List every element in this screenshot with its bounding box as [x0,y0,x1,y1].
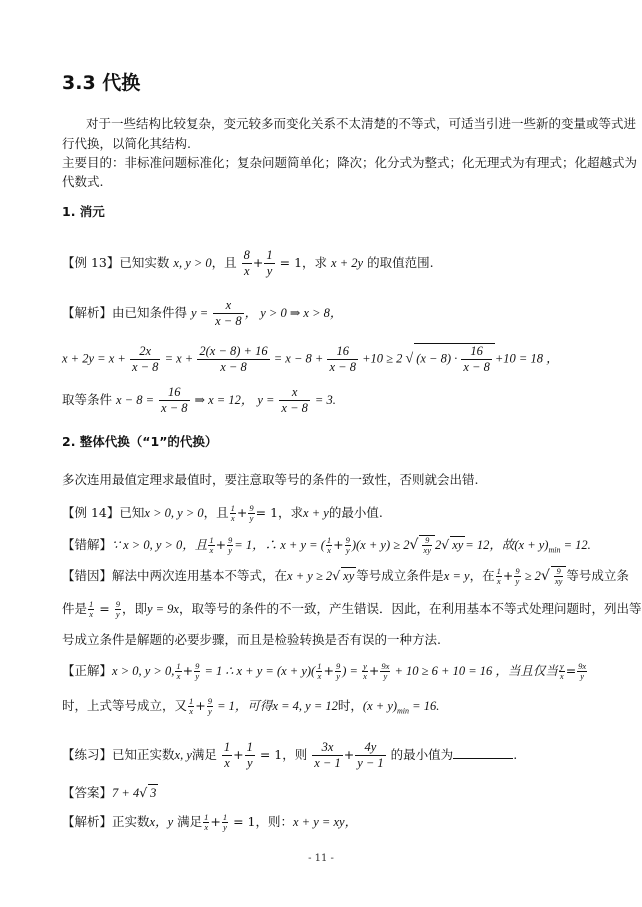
wrong-reason-line-1: 【错因】解法中两次连用基本不等式，在x + y ≥ 2√xy等号成立条件是x =… [62,566,629,586]
math: = 1，则： [229,814,293,829]
text: 时，上式等号成立，又 [62,698,187,713]
math: 2 [435,538,441,552]
fraction: 1x [222,740,232,771]
solution-13-line-1: 【解析】由已知条件得 y = xx − 8， y > 0 ⇒ x > 8， [62,298,342,329]
math: = 3. [315,393,336,407]
square-root: xy [341,567,356,584]
square-root: 9xy [419,535,435,555]
fraction: 1y [245,740,255,771]
math: x + 2y [331,256,363,270]
answer-blank [453,746,513,759]
fraction: 9y [227,536,233,555]
square-root: xy [450,536,465,553]
math: x，y [150,815,174,829]
math: x = y [444,569,470,583]
subscript: min [397,707,409,716]
wrong-solution-label: 【错解】 [62,537,112,552]
text: . [513,747,517,762]
fraction: 1y [264,248,274,279]
fraction: 1x [203,813,209,832]
fraction: 16x − 8 [461,344,491,375]
wrong-solution: 【错解】∵ x > 0, y > 0，且1x+9y= 1，∴ x + y = (… [62,535,591,559]
math: = 1，可得 [214,699,272,713]
fraction: 2(x − 8) + 16x − 8 [197,344,269,375]
text: 正实数 [112,814,150,829]
math: = 12. [560,538,590,552]
example-14: 【例 14】已知x > 0, y > 0，且1x+9y= 1，求x + y的最小… [62,504,383,523]
fraction: 9y [248,504,254,523]
fraction: 1x [496,567,502,586]
text: 已知实数 [119,255,169,270]
practice: 【练习】已知正实数x, y满足 1x+1y = 1，则 3xx − 1+4yy … [62,740,517,771]
math: ) = [342,664,361,678]
math: )(x + y) ≥ 2 [352,538,410,552]
intro-line-1: 对于一些结构比较复杂，变元较多而变化关系不太清楚的不等式，可适当引进一些新的变量… [86,116,636,132]
fraction: 1x [188,697,194,716]
subsection-title-whole-substitution: 2. 整体代换（“1”的代换） [62,432,217,450]
math: x = 4, y = 12 [272,699,337,713]
fraction: xx − 8 [213,298,243,329]
text: ，求 [278,505,303,520]
math: x, y > 0 [173,256,211,270]
fraction: 9y [207,697,213,716]
fraction: 1x [208,536,214,555]
fraction: 9xy [577,662,587,681]
text: 解法中两次连用基本不等式，在 [112,568,287,583]
math: x + y ≥ 2 [287,569,332,583]
math: = 1 [256,505,278,520]
fraction: 4yy − 1 [355,740,385,771]
wrong-reason-label: 【错因】 [62,568,112,583]
intro-line-4: 代数式. [62,174,103,190]
math: = 16. [409,699,439,713]
math: = 1 [280,255,302,270]
fraction: 9xy [380,662,390,681]
math: + 10 ≥ 6 + 10 = 16 ，当且仅当 [391,664,558,678]
math: = 12，故(x + y) [465,538,548,552]
fraction: 9y [115,600,121,619]
square-root: 3 [148,784,158,801]
fraction: 1x [175,662,181,681]
math: x > 0, y > 0 [144,506,203,520]
text: 取等条件 [62,392,112,407]
correct-solution-line-2: 时，上式等号成立，又1x+9y = 1，可得x = 4, y = 12时，(x … [62,697,439,720]
math: x > 0, y > 0, [112,664,174,678]
fraction: 1x [230,504,236,523]
answer: 【答案】7 + 4√3 [62,784,158,801]
example-label: 【例 14】 [62,505,119,520]
correct-solution-label: 【正解】 [62,663,112,678]
fraction: 16x − 8 [327,344,357,375]
text: ，且 [212,255,237,270]
fraction: yx [559,662,565,681]
correct-solution-line-1: 【正解】x > 0, y > 0,1x+9y = 1 ∴ x + y = (x … [62,662,588,681]
text: 的最小值为 [391,747,454,762]
solution-13-line-3: 取等条件 x − 8 = 16x − 8 ⇒ x = 12， y = xx − … [62,385,336,416]
analysis: 【解析】正实数x，y 满足1x+1y = 1，则：x + y = xy， [62,813,357,832]
text: 的取值范围. [367,255,433,270]
example-label: 【例 13】 [62,255,119,270]
text: ，取等号的条件的不一致，产生错误．因此，在利用基本不等式处理问题时，列出等 [179,601,642,616]
subsection-title-elimination: 1. 消元 [62,202,105,220]
text: ，即 [122,601,147,616]
text: ，在 [470,568,495,583]
section-title: 3.3 代换 [62,68,140,95]
practice-label: 【练习】 [62,747,112,762]
solution-13-line-2: x + 2y = x + 2xx − 8 = x + 2(x − 8) + 16… [62,343,559,375]
fraction: 8x [242,248,252,279]
wrong-reason-line-2: 件是1x = 9y，即y = 9x，取等号的条件的不一致，产生错误．因此，在利用… [62,600,642,619]
square-root: (x − 8) · 16x − 8 [414,343,495,375]
fraction: 2xx − 8 [130,344,160,375]
text: 已知 [119,505,144,520]
example-13: 【例 13】已知实数 x, y > 0，且 8x+1y = 1，求 x + 2y… [62,248,434,279]
math: x + y [303,506,329,520]
math: x, y [175,748,192,762]
analysis-label: 【解析】 [62,814,112,829]
square-root: 9xy [551,566,567,586]
math: = 1，则 [256,747,307,762]
math: y = 9x [147,602,179,616]
fraction: 9y [194,662,200,681]
fraction: xx − 8 [279,385,309,416]
text: 的最小值. [329,505,383,520]
text: ，且 [204,505,229,520]
fraction: 1x [316,662,322,681]
math: x + y = xy， [293,815,357,829]
fraction: 9y [514,567,520,586]
math: ∵ x > 0, y > 0，且 [112,538,207,552]
fraction: 16x − 8 [159,385,189,416]
fraction: 1x [326,536,332,555]
math: 7 + 4 [112,786,139,800]
solution-label: 【解析】 [62,305,112,320]
intro-line-3: 主要目的：非标准问题标准化；复杂问题简单化；降次；化分式为整式；化无理式为有理式… [62,155,637,171]
text: 等号成立条 [566,568,629,583]
text: 满足 [192,747,217,762]
note: 多次连用最值定理求最值时，要注意取等号的条件的一致性，否则就会出错. [62,472,478,488]
math: = 1，∴ x + y = ( [234,538,325,552]
text: 等号成立条件是 [356,568,444,583]
text: ，求 [302,255,327,270]
math: ≥ 2 [522,569,541,583]
answer-label: 【答案】 [62,785,112,800]
text: 已知正实数 [112,747,175,762]
fraction: 9y [345,536,351,555]
math: ⇒ x = 12， [195,393,254,407]
math: = 1 ∴ x + y = (x + y)( [201,664,315,678]
math: +10 = 18 ， [495,351,559,365]
fraction: 1y [222,813,228,832]
math: (x + y) [363,699,397,713]
page-number: - 11 - [0,853,642,864]
text: 满足 [177,814,202,829]
text: 由已知条件得 [112,305,187,320]
text: 时， [338,698,363,713]
fraction: 1x [88,600,94,619]
subscript: min [548,546,560,555]
wrong-reason-line-3: 号成立条件是解题的必要步骤，而且是检验转换是否有误的一种方法. [62,632,441,648]
fraction: 3xx − 1 [312,740,342,771]
fraction: 9y [335,662,341,681]
math: ， y > 0 ⇒ x > 8， [245,306,343,320]
text: 件是 [62,601,87,616]
fraction: yx [362,662,368,681]
intro-line-2: 行代换，以简化其结构. [62,136,191,152]
